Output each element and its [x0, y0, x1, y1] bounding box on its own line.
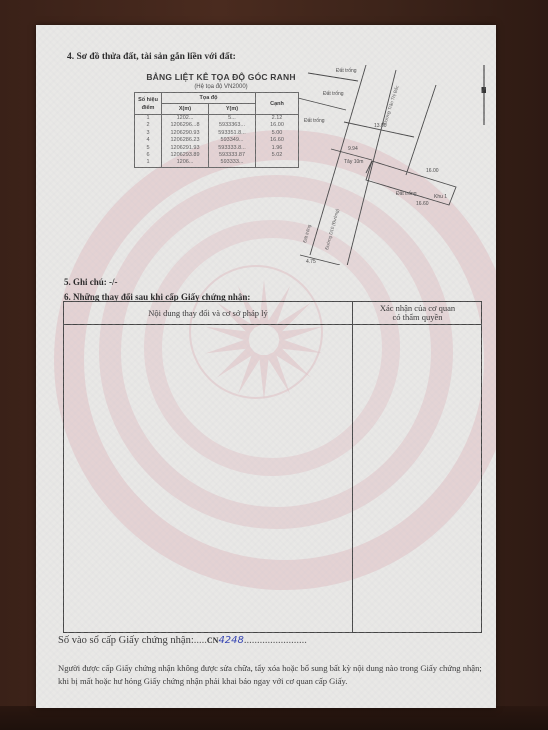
coordinate-row: 31206290.93593351.8...5.00 — [135, 130, 299, 137]
svg-text:Đất trống: Đất trống — [302, 224, 312, 244]
section-5-notes: 5. Ghi chú: -/- — [64, 277, 118, 287]
column-divider — [352, 302, 353, 632]
authority-confirmation-header: Xác nhận của cơ quan có thẩm quyền — [353, 304, 482, 322]
cell-y: 593349... — [209, 137, 256, 144]
cell-point: 5 — [135, 145, 162, 152]
cell-x: 1206290.93 — [162, 130, 209, 137]
certificate-page: 4. Sơ đồ thửa đất, tài sản gắn liền với … — [36, 25, 496, 708]
cell-y: 593333.8... — [209, 145, 256, 152]
svg-text:16.00: 16.00 — [426, 168, 439, 174]
coordinate-row: 21206296...85933363...16.00 — [135, 122, 299, 129]
svg-text:Đất trống: Đất trống — [396, 191, 417, 197]
coordinate-row: 51206291.93593333.8...1.96 — [135, 145, 299, 152]
coordinate-table: Số hiệuđiểm Tọa độ Cạnh X(m) Y(m) 11202.… — [134, 92, 299, 168]
cell-x: 1202... — [162, 115, 209, 123]
cell-y: 5933363... — [209, 122, 256, 129]
header-x: X(m) — [162, 104, 209, 115]
cell-point: 1 — [135, 159, 162, 167]
cell-x: 1206291.93 — [162, 145, 209, 152]
land-plot-diagram: Đất trống Đất trống Đất trống Đất trống … — [286, 65, 486, 265]
footer-warning-note: Người được cấp Giấy chứng nhận không đượ… — [58, 662, 488, 688]
cell-point: 2 — [135, 122, 162, 129]
coordinate-row: 41206286.23593349...16.60 — [135, 137, 299, 144]
svg-text:Tây 10m: Tây 10m — [344, 159, 363, 165]
svg-text:4.75: 4.75 — [306, 259, 316, 265]
svg-text:16.60: 16.60 — [416, 201, 429, 207]
cell-x: 1206296...8 — [162, 122, 209, 129]
section-4-title: 4. Sơ đồ thửa đất, tài sản gắn liền với … — [67, 52, 236, 62]
svg-text:Đất trống: Đất trống — [323, 91, 344, 97]
cell-point: 1 — [135, 115, 162, 123]
coordinate-table-subtitle: (Hệ tọa độ VN2000) — [136, 84, 306, 90]
changes-table: Nội dung thay đổi và cơ sở pháp lý Xác n… — [63, 301, 482, 633]
header-y: Y(m) — [209, 104, 256, 115]
coordinate-row: 11206...593333... — [135, 159, 299, 167]
registry-prefix: CN — [207, 636, 219, 645]
changes-content-header: Nội dung thay đổi và cơ sở pháp lý — [64, 308, 352, 318]
cell-y: 5... — [209, 115, 256, 123]
cell-x: 1206286.23 — [162, 137, 209, 144]
cell-y: 593351.8... — [209, 130, 256, 137]
cell-x: 1206293.89 — [162, 152, 209, 159]
cell-y: 593333.87 — [209, 152, 256, 159]
svg-text:Khu 1: Khu 1 — [434, 194, 447, 200]
header-coords: Tọa độ — [162, 93, 256, 104]
svg-text:Đường D10 (Đường): Đường D10 (Đường) — [324, 208, 340, 251]
svg-text:Đất trống: Đất trống — [304, 118, 325, 124]
handwritten-registry-number: 4248 — [218, 635, 243, 646]
north-arrow-icon — [482, 87, 487, 93]
coordinate-row: 61206293.89593333.875.02 — [135, 152, 299, 159]
desk-surface — [0, 706, 548, 730]
cell-y: 593333... — [209, 159, 256, 167]
coordinate-row: 11202...5...2.12 — [135, 115, 299, 123]
registry-label: Số vào sổ cấp Giấy chứng nhận: — [58, 635, 194, 646]
svg-text:9.94: 9.94 — [348, 146, 358, 152]
coordinate-table-title: BẢNG LIỆT KÊ TỌA ĐỘ GÓC RANH — [136, 72, 306, 82]
header-divider — [64, 324, 481, 325]
cell-x: 1206... — [162, 159, 209, 167]
svg-text:Đất trống: Đất trống — [336, 68, 357, 74]
header-point: Số hiệuđiểm — [135, 93, 162, 115]
cell-point: 6 — [135, 152, 162, 159]
cell-point: 4 — [135, 137, 162, 144]
cell-point: 3 — [135, 130, 162, 137]
registry-number-line: Số vào sổ cấp Giấy chứng nhận:.....CN424… — [58, 635, 307, 646]
